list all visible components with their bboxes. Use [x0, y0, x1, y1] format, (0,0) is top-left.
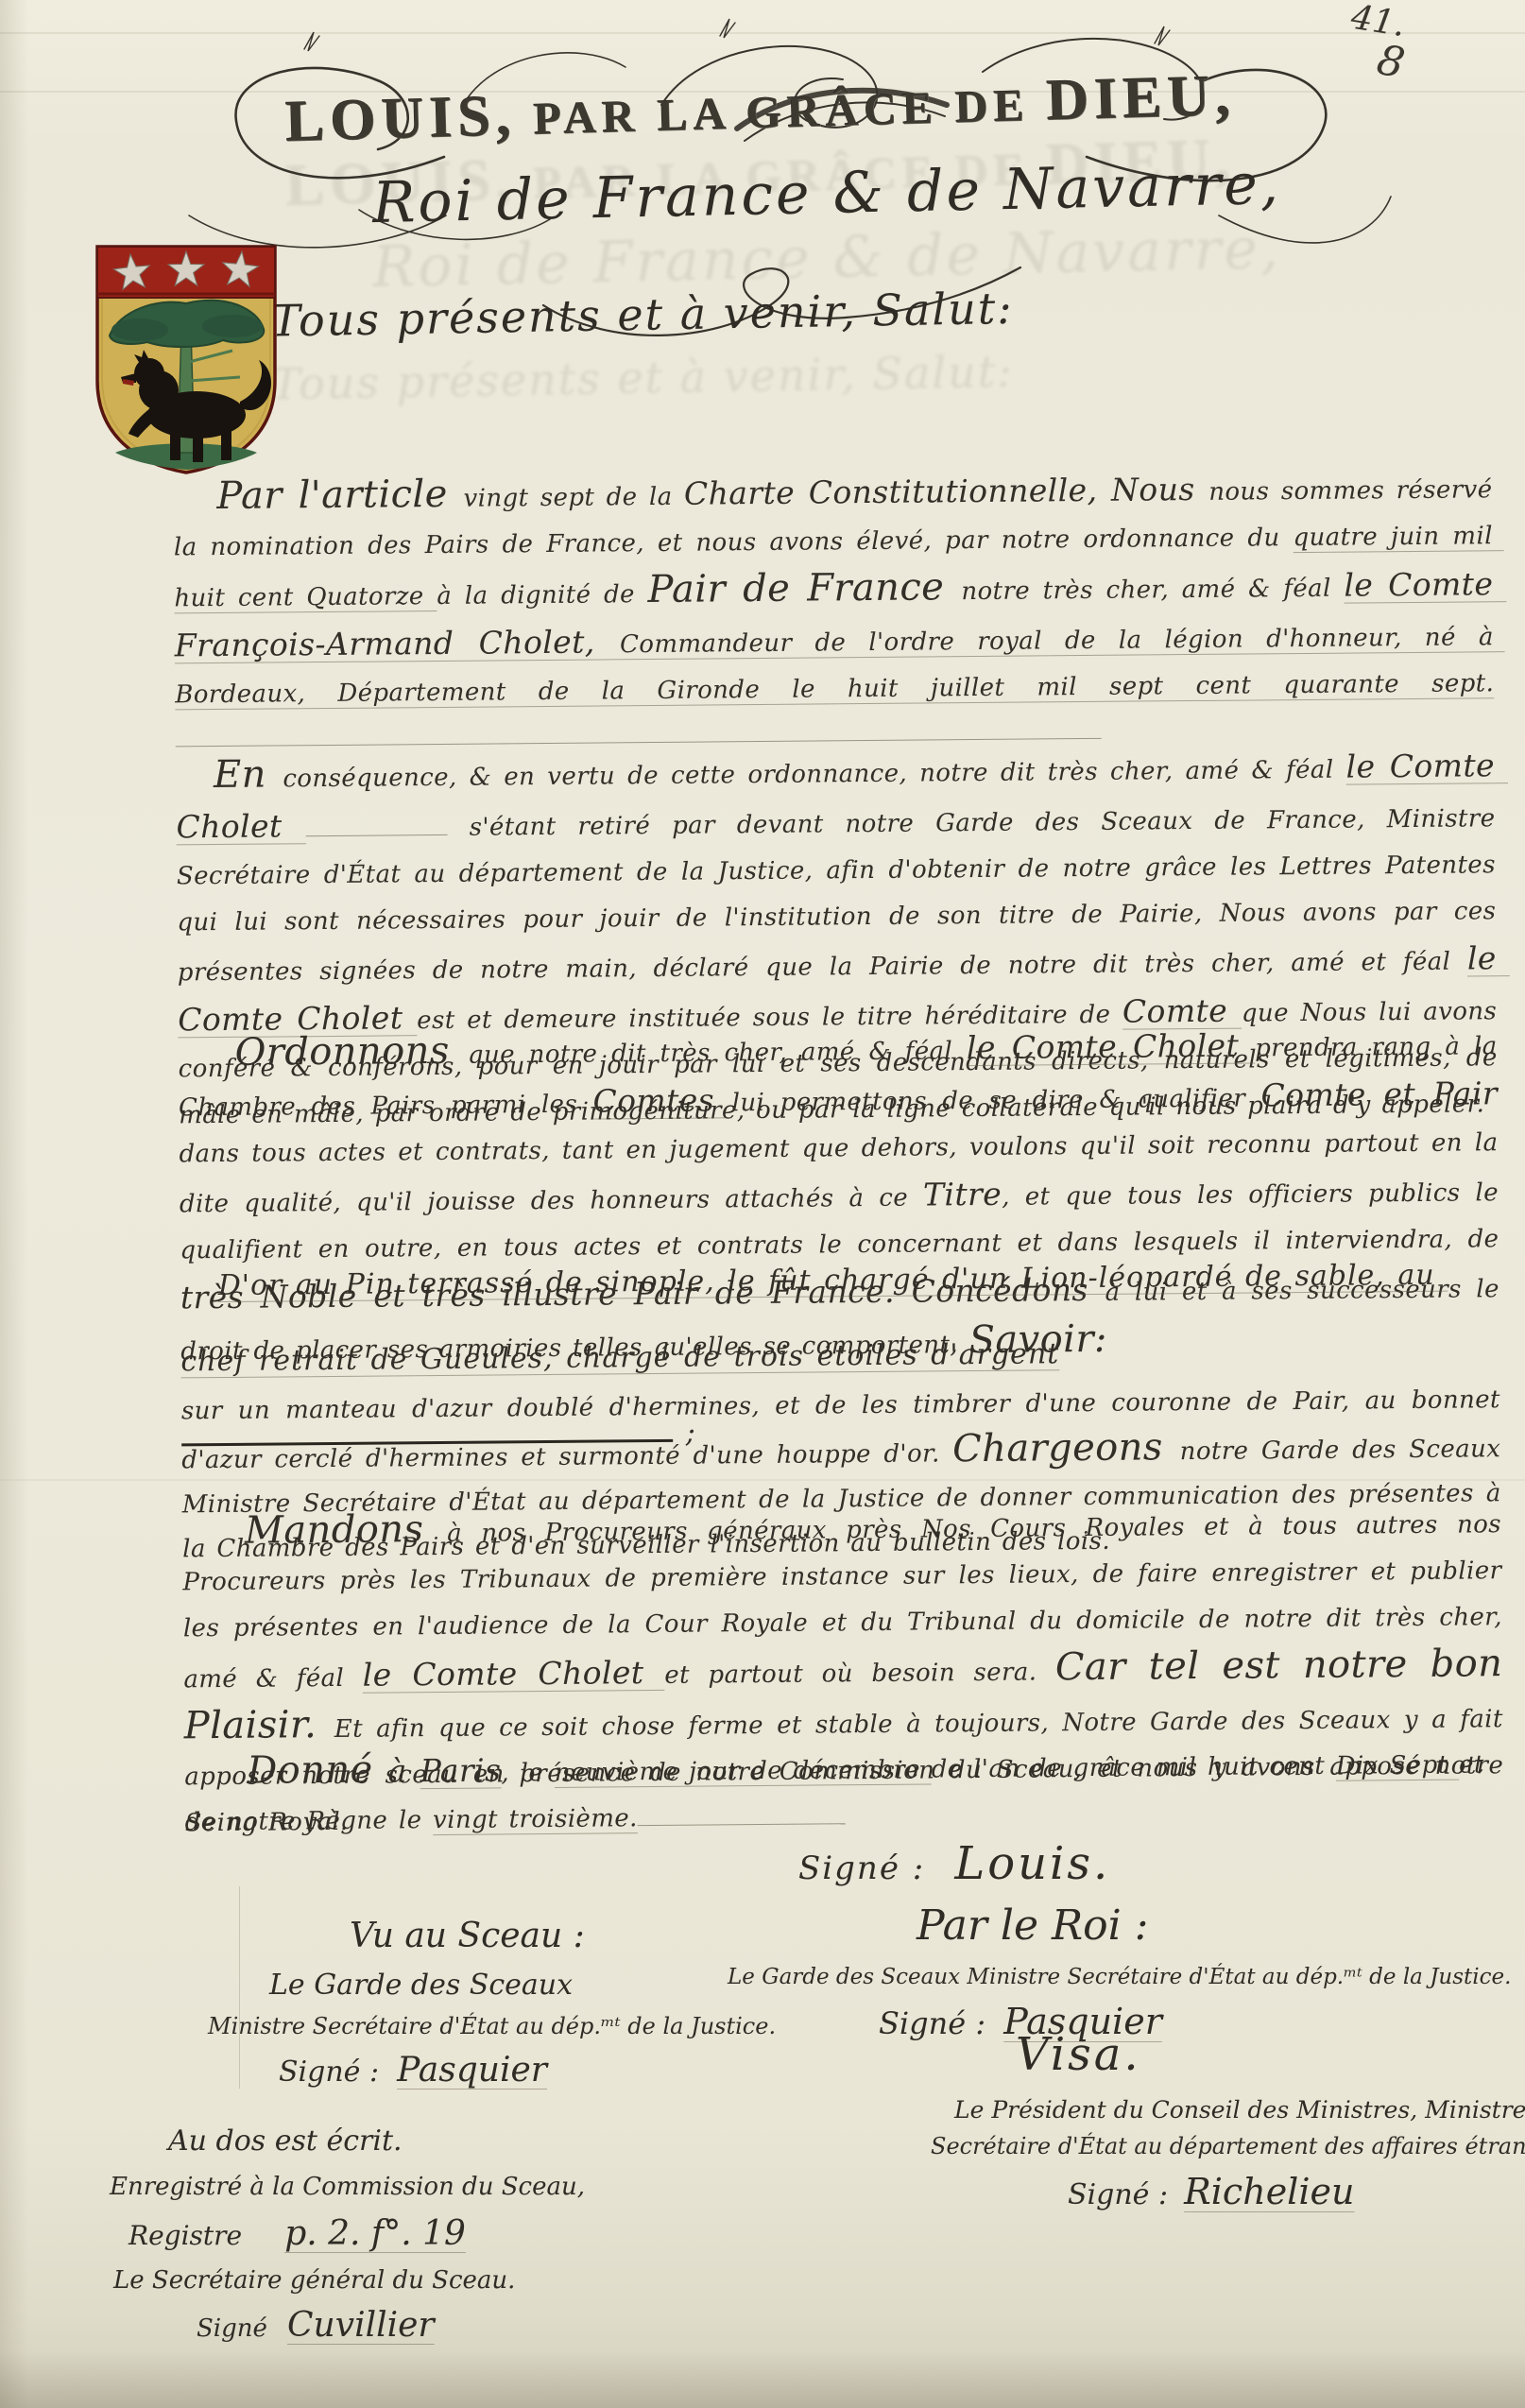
richelieu-signature: Signé : Richelieu [1068, 2171, 1450, 2212]
garde-des-sceaux-line: Le Garde des Sceaux [269, 1969, 746, 2002]
registry-block: Au dos est écrit. Enregistré à la Commis… [102, 2124, 612, 2345]
ministre-justice-line: Ministre Secrétaire d'État au dép.ᵐᵗ de … [208, 2013, 746, 2039]
registre-folio-value: p. 2. f°. 19 [284, 2214, 466, 2253]
pasquier-signature: Signé : Pasquier [279, 2051, 746, 2090]
cuvillier-signature: Signé Cuvillier [197, 2306, 612, 2345]
registre-reference: Registre p. 2. f°. 19 [129, 2214, 612, 2253]
royal-signature: Signé : Louis. [798, 1837, 1110, 1890]
garde-des-sceaux-ministre-line: Le Garde des Sceaux Ministre Secrétaire … [728, 1965, 1446, 1989]
paragraph-date: Donné à Paris, le neuvième jour de décem… [184, 1738, 1504, 1847]
visa-block: Visa. Le Président du Conseil des Minist… [902, 2028, 1450, 2212]
signature-louis: Louis. [954, 1837, 1110, 1890]
letters-patent-document: 41. 8 LOUIS, PAR LA GRÂCE DE DIEU, Roi d… [0, 0, 1525, 2408]
secretaire-general-line: Le Secrétaire général du Sceau. [113, 2266, 612, 2295]
king-signature-block: Par le Roi : Le Garde des Sceaux Ministr… [728, 1901, 1446, 2042]
seal-signature-block: Vu au Sceau : Le Garde des Sceaux Minist… [180, 1917, 746, 2090]
visa-heading: Visa. [1016, 2028, 1450, 2081]
au-dos-heading: Au dos est écrit. [168, 2124, 612, 2158]
president-conseil-line: Le Président du Conseil des Ministres, M… [954, 2096, 1450, 2124]
par-le-roi-heading: Par le Roi : [917, 1901, 1446, 1950]
affaires-etrangeres-line: Secrétaire d'État au département des aff… [931, 2133, 1450, 2159]
enregistre-line: Enregistré à la Commission du Sceau, [110, 2173, 612, 2201]
signe-label: Signé : [798, 1849, 925, 1887]
vu-au-sceau-heading: Vu au Sceau : [350, 1917, 746, 1955]
paragraph-charte: Par l'article vingt sept de la Charte Co… [173, 463, 1495, 764]
